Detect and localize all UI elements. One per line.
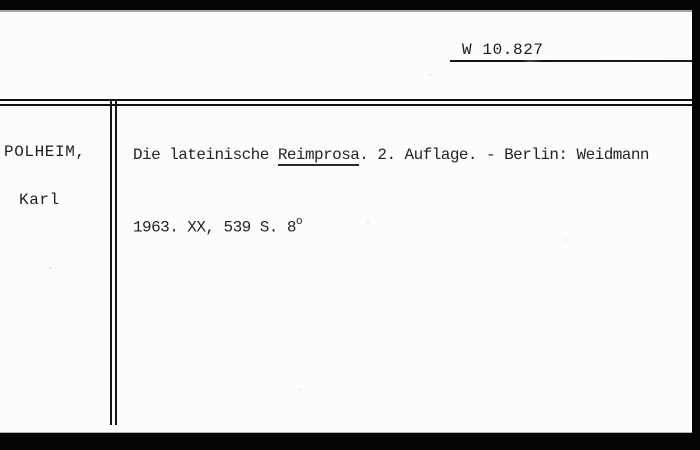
- entry-format-superscript: o: [296, 216, 303, 228]
- author-given-name: Karl: [4, 192, 86, 208]
- scan-edge-top: [0, 0, 700, 10]
- author-heading: POLHEIM, Karl: [4, 112, 86, 240]
- header-rule-bottom: [0, 104, 692, 106]
- entry-line1-pre: Die lateinische: [133, 146, 278, 164]
- catalog-card-scan: W 10.827 POLHEIM, Karl Die lateinische R…: [0, 0, 700, 450]
- call-number-underline: [450, 60, 692, 62]
- column-divider-outer: [110, 101, 112, 425]
- entry-title-underlined: Reimprosa: [278, 146, 359, 166]
- scan-edge-right: [692, 0, 700, 450]
- call-number: W 10.827: [462, 41, 544, 59]
- entry-line-1: Die lateinische Reimprosa. 2. Auflage. -…: [133, 146, 678, 165]
- entry-text: Die lateinische Reimprosa. 2. Auflage. -…: [133, 110, 678, 286]
- author-surname: POLHEIM,: [4, 144, 86, 160]
- scan-edge-bottom: [0, 433, 700, 450]
- entry-line2-text: 1963. XX, 539 S. 8: [133, 218, 296, 236]
- entry-line1-post: . 2. Auflage. - Berlin: Weidmann: [359, 146, 649, 164]
- column-divider-inner: [115, 101, 117, 425]
- entry-line-2: 1963. XX, 539 S. 8o: [133, 214, 678, 237]
- header-rule-top: [0, 99, 692, 101]
